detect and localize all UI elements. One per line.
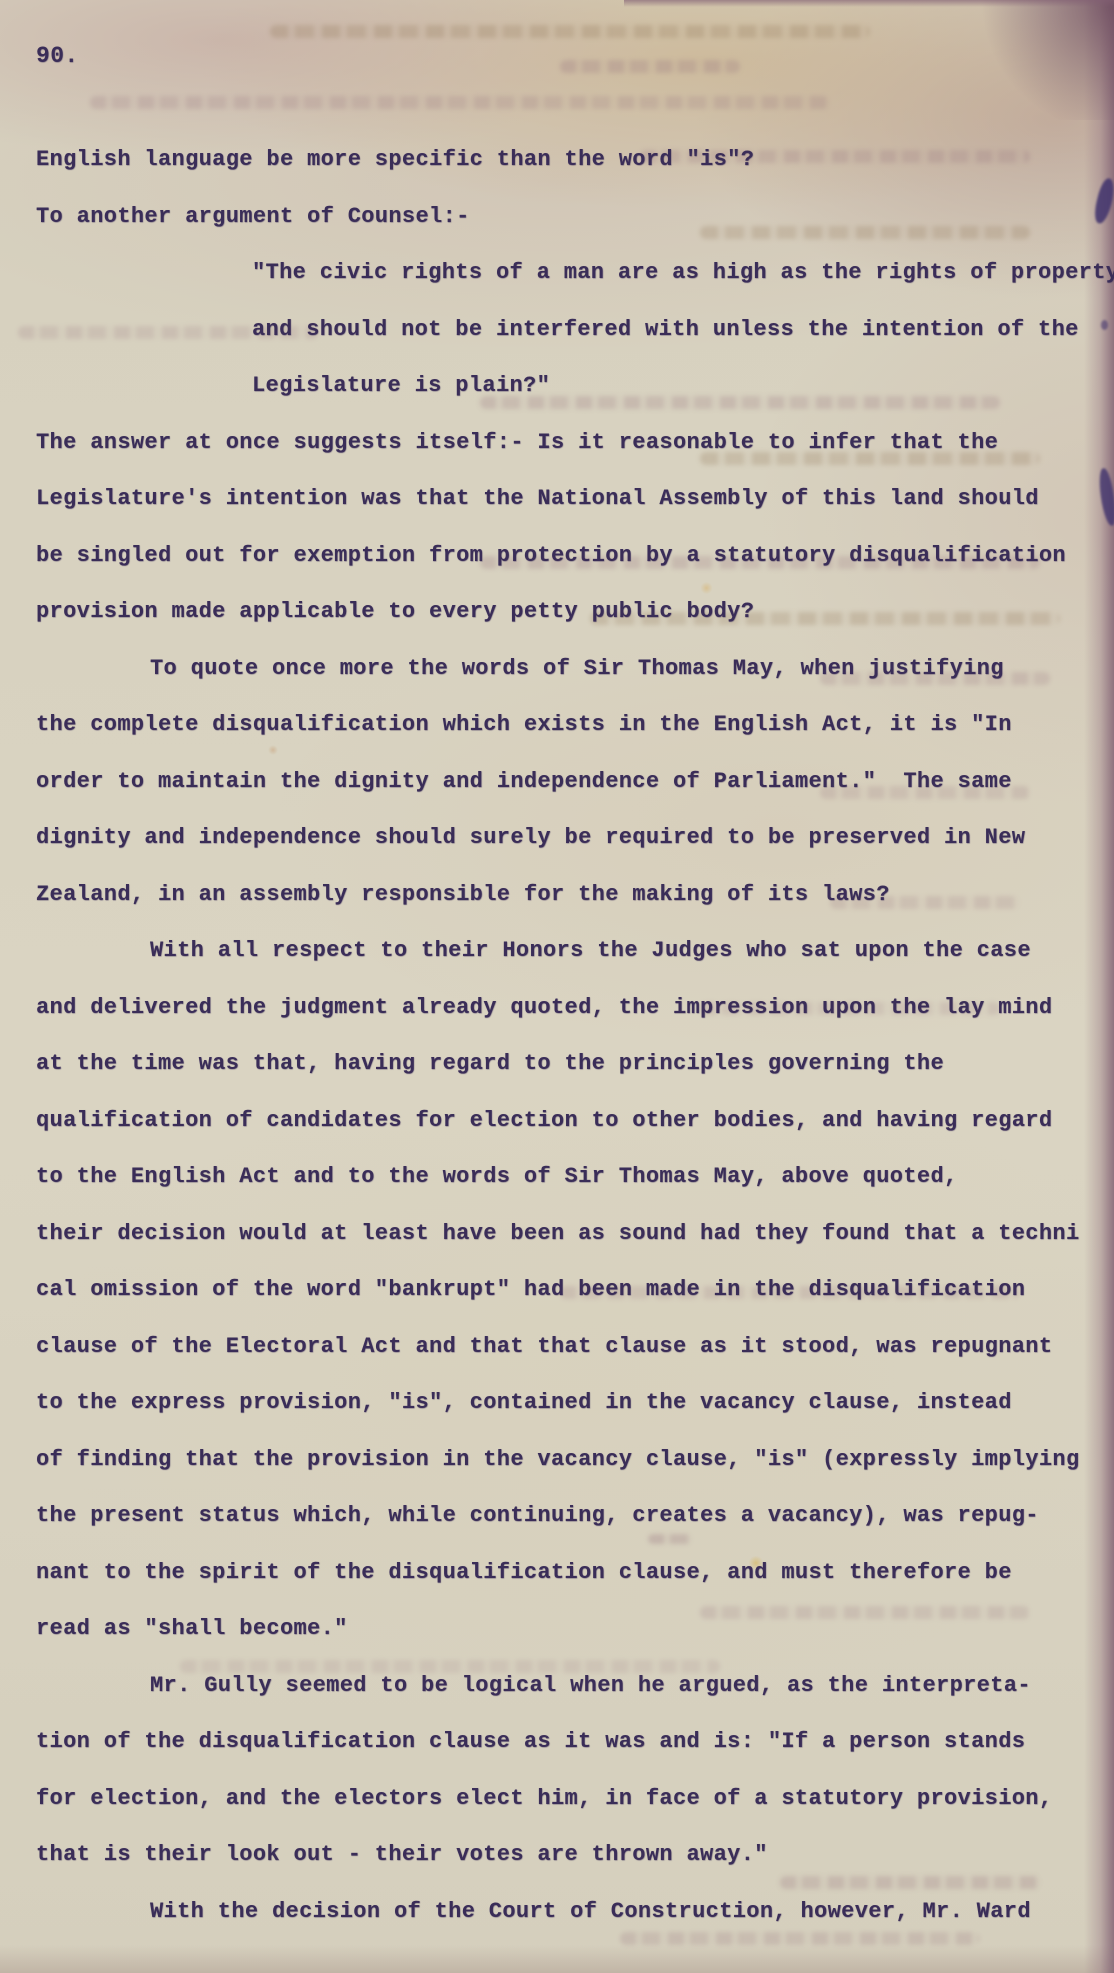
page-top-edge-shadow: [624, 0, 1114, 7]
text-line: cal omission of the word "bankrupt" had …: [0, 1262, 1114, 1319]
text-line: the complete disqualification which exis…: [0, 697, 1114, 754]
document-text: English language be more specific than t…: [0, 132, 1114, 1940]
text-line: that is their look out - their votes are…: [0, 1827, 1114, 1884]
text-line: dignity and independence should surely b…: [0, 810, 1114, 867]
document-page: 90. English language be more specific th…: [0, 0, 1114, 1973]
text-line: read as "shall become.": [0, 1601, 1114, 1658]
text-line: their decision would at least have been …: [0, 1206, 1114, 1263]
text-line: be singled out for exemption from protec…: [0, 528, 1114, 585]
text-line: Legislature is plain?": [0, 358, 1114, 415]
text-line: for election, and the electors elect him…: [0, 1771, 1114, 1828]
text-line: of finding that the provision in the vac…: [0, 1432, 1114, 1489]
bleed-through-smudge: [270, 25, 870, 38]
text-line: clause of the Electoral Act and that tha…: [0, 1319, 1114, 1376]
text-line: provision made applicable to every petty…: [0, 584, 1114, 641]
text-line: to the English Act and to the words of S…: [0, 1149, 1114, 1206]
text-line: at the time was that, having regard to t…: [0, 1036, 1114, 1093]
text-line: qualification of candidates for election…: [0, 1093, 1114, 1150]
bleed-through-smudge: [90, 96, 830, 109]
text-line: The answer at once suggests itself:- Is …: [0, 415, 1114, 472]
text-line: Mr. Gully seemed to be logical when he a…: [0, 1658, 1114, 1715]
text-line: and delivered the judgment already quote…: [0, 980, 1114, 1037]
text-line: To quote once more the words of Sir Thom…: [0, 641, 1114, 698]
page-number: 90.: [36, 42, 79, 70]
text-line: nant to the spirit of the disqualificati…: [0, 1545, 1114, 1602]
text-line: tion of the disqualification clause as i…: [0, 1714, 1114, 1771]
text-line: Zealand, in an assembly responsible for …: [0, 867, 1114, 924]
text-line: and should not be interfered with unless…: [0, 302, 1114, 359]
text-line: With the decision of the Court of Constr…: [0, 1884, 1114, 1941]
page-corner-shadow: [974, 0, 1114, 120]
text-line: To another argument of Counsel:-: [0, 189, 1114, 246]
text-line: to the express provision, "is", containe…: [0, 1375, 1114, 1432]
text-line: "The civic rights of a man are as high a…: [0, 245, 1114, 302]
text-line: Legislature's intention was that the Nat…: [0, 471, 1114, 528]
text-line: order to maintain the dignity and indepe…: [0, 754, 1114, 811]
bleed-through-smudge: [560, 60, 740, 73]
text-line: With all respect to their Honors the Jud…: [0, 923, 1114, 980]
text-line: the present status which, while continui…: [0, 1488, 1114, 1545]
text-line: English language be more specific than t…: [0, 132, 1114, 189]
